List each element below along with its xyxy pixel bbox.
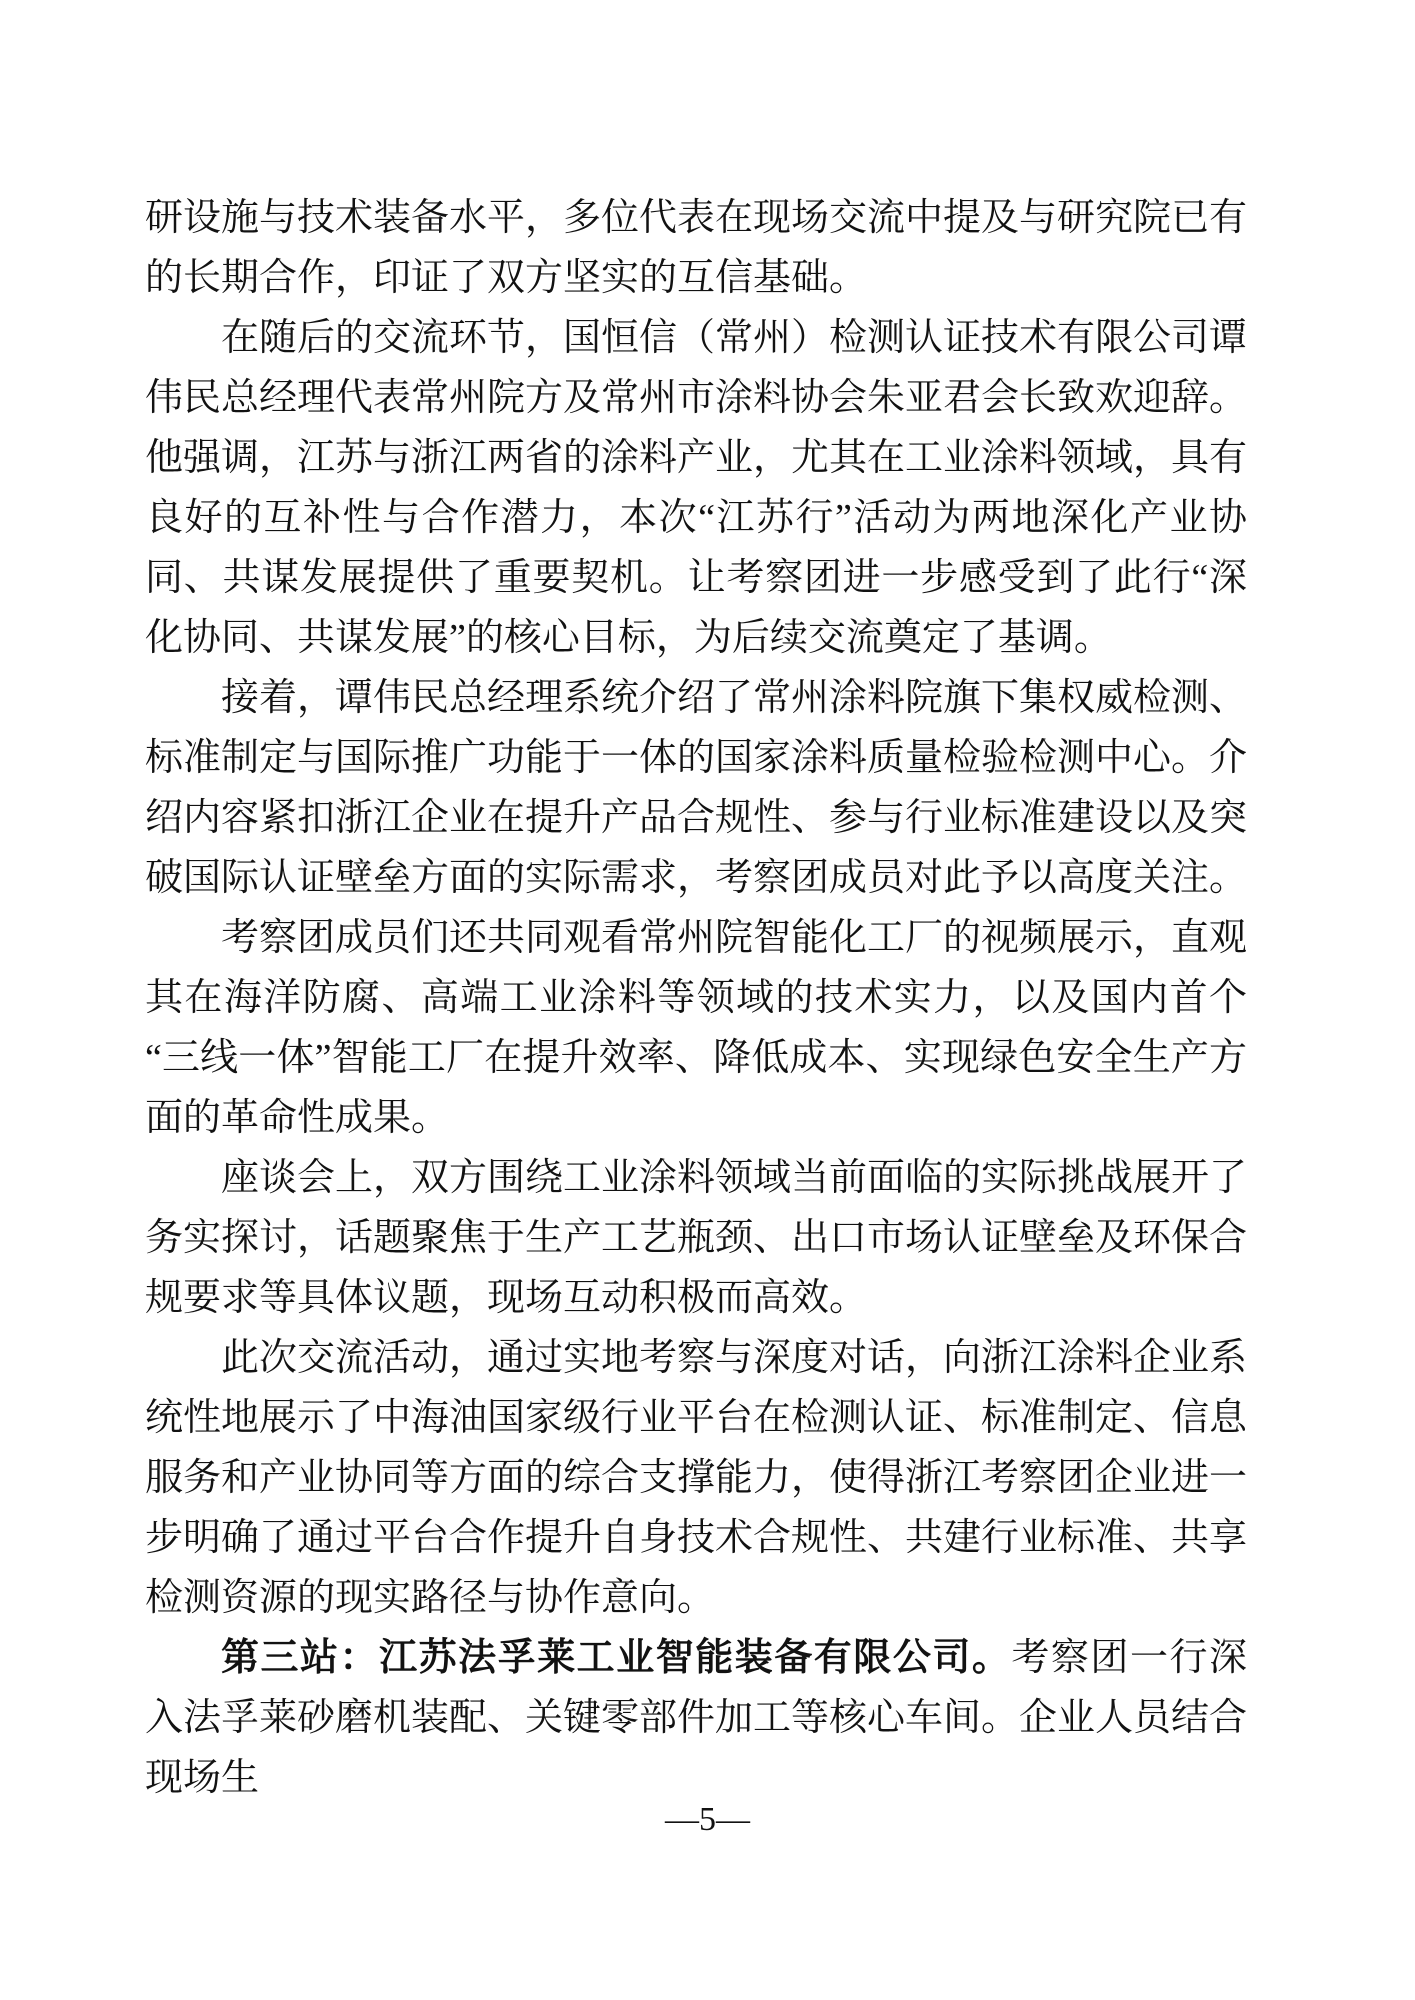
paragraph-text: 接着，谭伟民总经理系统介绍了常州涂料院旗下集权威检测、标准制定与国际推广功能于一…	[145, 677, 1247, 899]
document-body: 研设施与技术装备水平，多位代表在现场交流中提及与研究院已有的长期合作，印证了双方…	[145, 188, 1247, 1808]
section-heading-third-stop: 第三站：江苏法孚莱工业智能装备有限公司。	[221, 1637, 1011, 1679]
paragraph: 研设施与技术装备水平，多位代表在现场交流中提及与研究院已有的长期合作，印证了双方…	[145, 188, 1247, 308]
paragraph: 接着，谭伟民总经理系统介绍了常州涂料院旗下集权威检测、标准制定与国际推广功能于一…	[145, 668, 1247, 908]
page-footer: —5—	[0, 1798, 1415, 1842]
paragraph-text: 研设施与技术装备水平，多位代表在现场交流中提及与研究院已有的长期合作，印证了双方…	[145, 197, 1247, 299]
paragraph: 此次交流活动，通过实地考察与深度对话，向浙江涂料企业系统性地展示了中海油国家级行…	[145, 1328, 1247, 1628]
paragraph-text: 此次交流活动，通过实地考察与深度对话，向浙江涂料企业系统性地展示了中海油国家级行…	[145, 1337, 1247, 1619]
paragraph: 座谈会上，双方围绕工业涂料领域当前面临的实际挑战展开了务实探讨，话题聚焦于生产工…	[145, 1148, 1247, 1328]
page-number: —5—	[665, 1801, 750, 1838]
paragraph: 考察团成员们还共同观看常州院智能化工厂的视频展示，直观其在海洋防腐、高端工业涂料…	[145, 908, 1247, 1148]
paragraph-text: 考察团成员们还共同观看常州院智能化工厂的视频展示，直观其在海洋防腐、高端工业涂料…	[145, 917, 1247, 1139]
paragraph: 第三站：江苏法孚莱工业智能装备有限公司。考察团一行深入法孚莱砂磨机装配、关键零部…	[145, 1628, 1247, 1808]
paragraph-text: 座谈会上，双方围绕工业涂料领域当前面临的实际挑战展开了务实探讨，话题聚焦于生产工…	[145, 1157, 1247, 1319]
paragraph-text: 在随后的交流环节，国恒信（常州）检测认证技术有限公司谭伟民总经理代表常州院方及常…	[145, 317, 1247, 659]
paragraph: 在随后的交流环节，国恒信（常州）检测认证技术有限公司谭伟民总经理代表常州院方及常…	[145, 308, 1247, 668]
document-page: 研设施与技术装备水平，多位代表在现场交流中提及与研究院已有的长期合作，印证了双方…	[0, 0, 1415, 2000]
